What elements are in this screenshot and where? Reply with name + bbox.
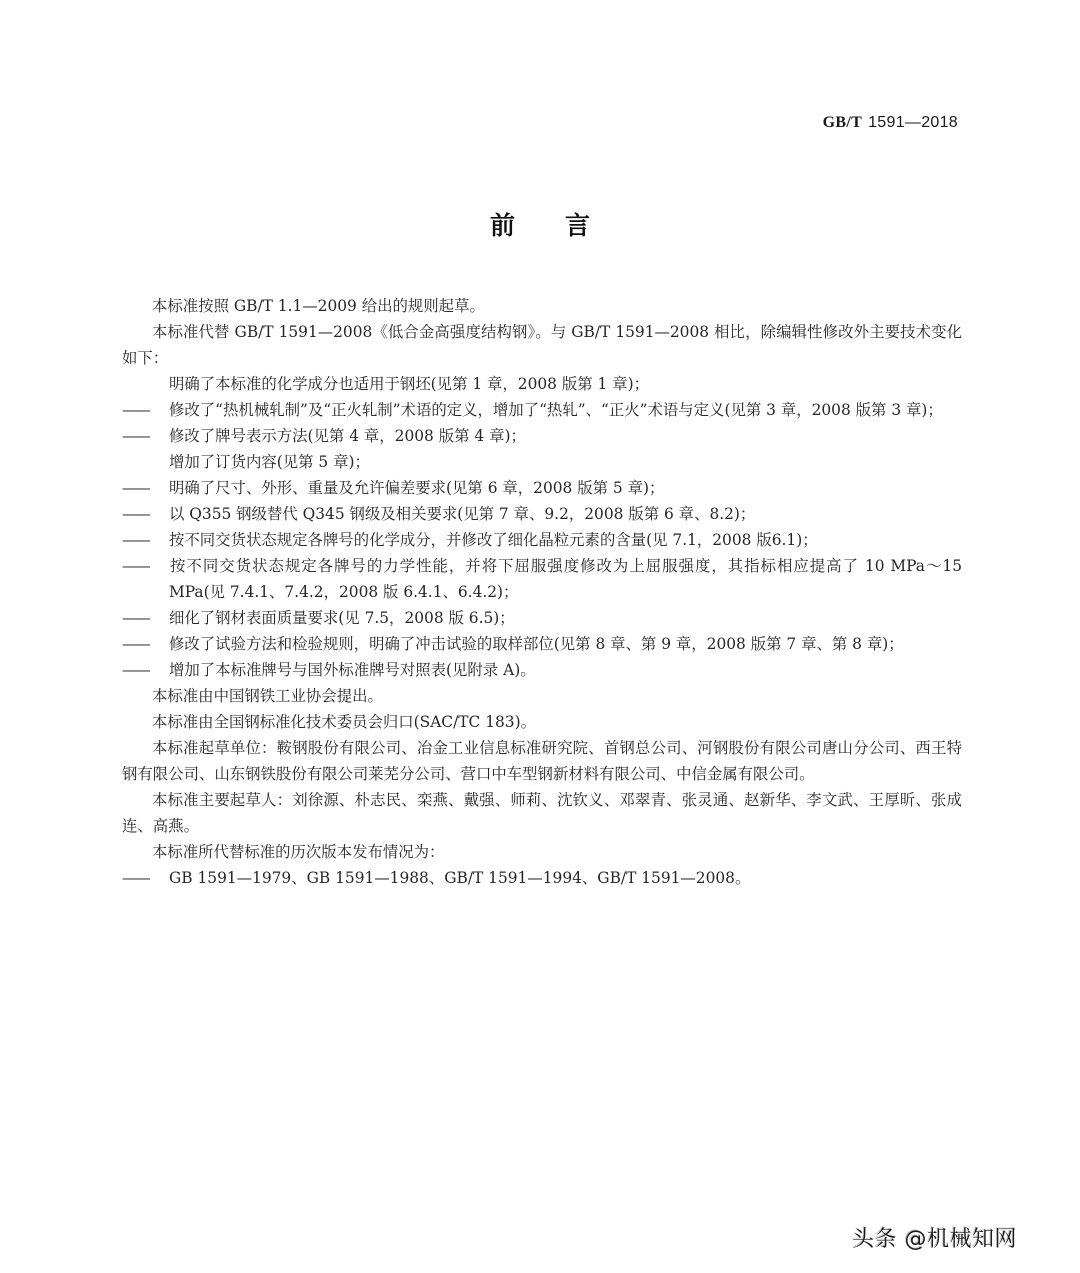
change-item: ——增加了本标准牌号与国外标准牌号对照表(见附录 A)。	[122, 657, 962, 683]
changes-list: 明确了本标准的化学成分也适用于钢坯(见第 1 章，2008 版第 1 章)； —…	[122, 371, 962, 683]
dash-marker: ——	[122, 527, 169, 553]
change-item: ——细化了钢材表面质量要求(见 7.5，2008 版 6.5)；	[122, 605, 962, 631]
change-item: 增加了订货内容(见第 5 章)；	[122, 449, 962, 475]
dash-marker: ——	[122, 657, 169, 683]
change-item: ——按不同交货状态规定各牌号的化学成分，并修改了细化晶粒元素的含量(见 7.1，…	[122, 527, 962, 553]
change-item: ——修改了牌号表示方法(见第 4 章，2008 版第 4 章)；	[122, 423, 962, 449]
change-item: ——修改了“热机械轧制”及“正火轧制”术语的定义，增加了“热轧”、“正火”术语与…	[122, 397, 962, 423]
paragraph-drafters: 本标准主要起草人：刘徐源、朴志民、栾燕、戴强、师莉、沈钦义、邓翠青、张灵通、赵新…	[122, 787, 962, 839]
dash-marker: ——	[122, 475, 169, 501]
paragraph-history-intro: 本标准所代替标准的历次版本发布情况为：	[122, 839, 962, 865]
dash-marker: ——	[122, 631, 169, 657]
dash-marker: ——	[122, 397, 169, 423]
paragraph-drafting-rules: 本标准按照 GB/T 1.1—2009 给出的规则起草。	[122, 293, 962, 319]
dash-marker: ——	[122, 423, 169, 449]
history-item: ——GB 1591—1979、GB 1591—1988、GB/T 1591—19…	[122, 865, 962, 891]
change-item: ——修改了试验方法和检验规则，明确了冲击试验的取样部位(见第 8 章、第 9 章…	[122, 631, 962, 657]
dash-marker: ——	[122, 553, 169, 579]
standard-code-number: 1591—2018	[868, 114, 958, 131]
change-item: ——明确了尺寸、外形、重量及允许偏差要求(见第 6 章，2008 版第 5 章)…	[122, 475, 962, 501]
dash-marker: ——	[122, 865, 169, 891]
dash-marker: ——	[122, 605, 169, 631]
source-watermark: 头条 @机械知网	[852, 1222, 1017, 1253]
foreword-body: 本标准按照 GB/T 1.1—2009 给出的规则起草。 本标准代替 GB/T …	[122, 293, 962, 891]
standard-code-prefix: GB/T	[823, 114, 862, 131]
change-item: 明确了本标准的化学成分也适用于钢坯(见第 1 章，2008 版第 1 章)；	[122, 371, 962, 397]
paragraph-proposer: 本标准由中国钢铁工业协会提出。	[122, 683, 962, 709]
change-item: ——按不同交货状态规定各牌号的力学性能，并将下屈服强度修改为上屈服强度，其指标相…	[122, 553, 962, 605]
page-title: 前言	[0, 206, 1080, 242]
paragraph-drafting-units: 本标准起草单位：鞍钢股份有限公司、冶金工业信息标准研究院、首钢总公司、河钢股份有…	[122, 735, 962, 787]
standard-code: GB/T1591—2018	[823, 114, 958, 132]
dash-marker: ——	[122, 501, 169, 527]
change-item: ——以 Q355 钢级替代 Q345 钢级及相关要求(见第 7 章、9.2，20…	[122, 501, 962, 527]
paragraph-committee: 本标准由全国钢标准化技术委员会归口(SAC/TC 183)。	[122, 709, 962, 735]
paragraph-replacement: 本标准代替 GB/T 1591—2008《低合金高强度结构钢》。与 GB/T 1…	[122, 319, 962, 371]
